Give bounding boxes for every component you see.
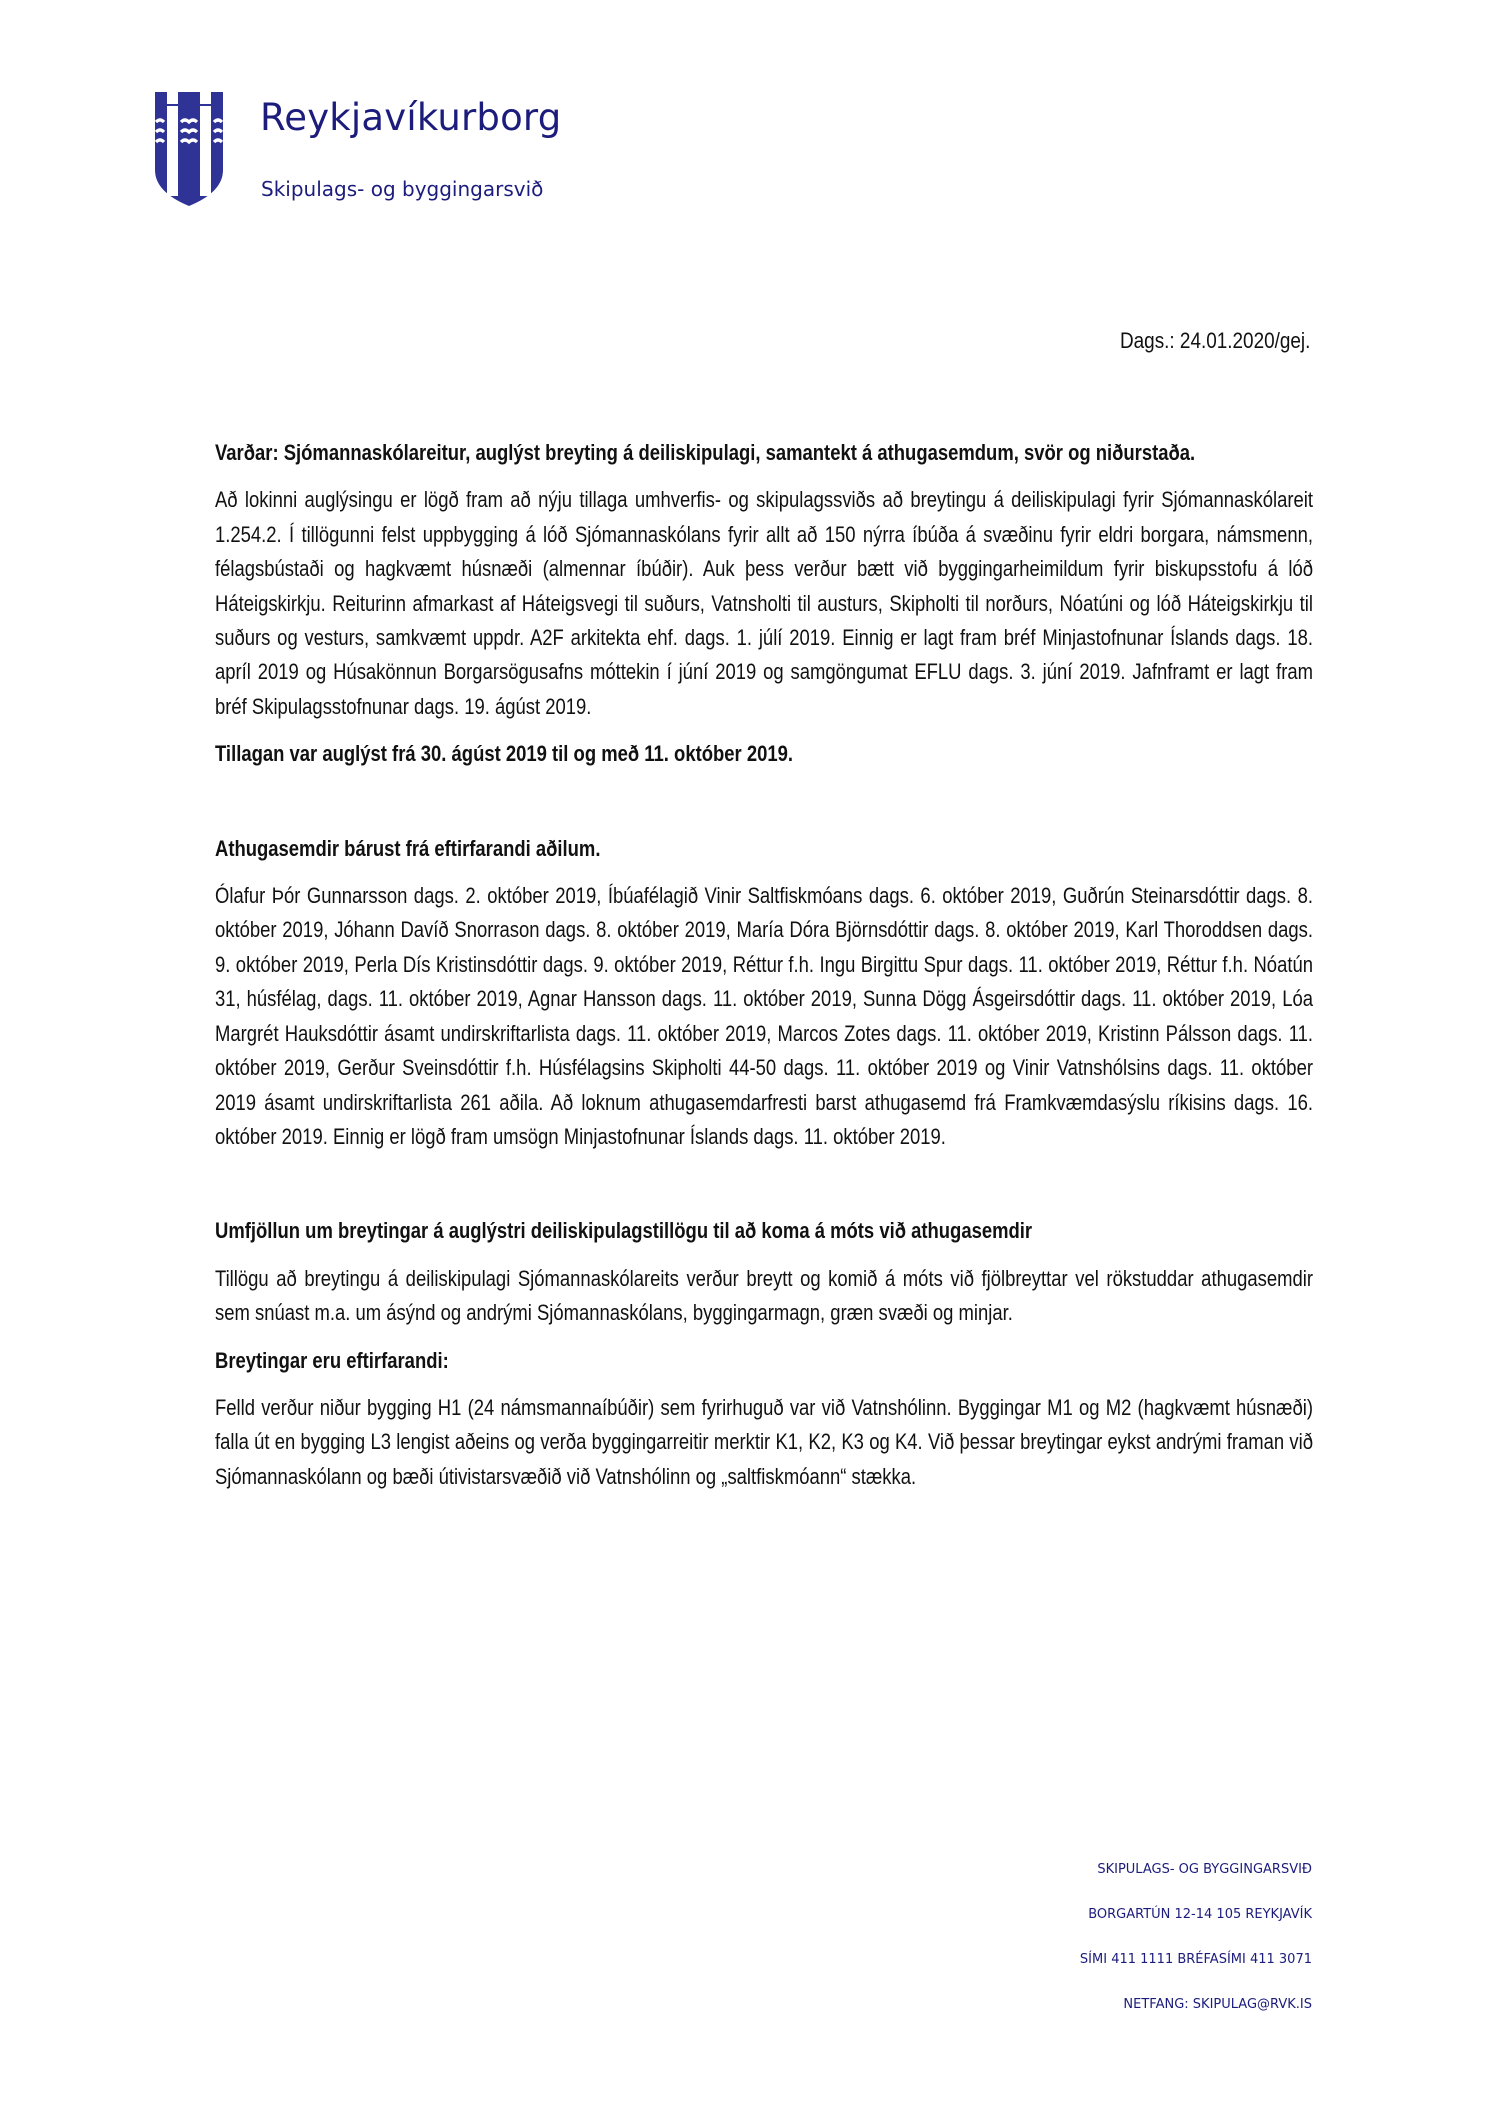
letterhead-footer: SKIPULAGS- OG BYGGINGARSVIÐ BORGARTÚN 12… bbox=[1080, 1862, 1312, 2042]
organization-name: Reykjavíkurborg bbox=[260, 96, 561, 139]
intro-paragraph: Að lokinni auglýsingu er lögð fram að ný… bbox=[215, 483, 1313, 724]
reykjavik-coat-of-arms-icon bbox=[155, 92, 223, 206]
footer-phone: SÍMI 411 1111 BRÉFASÍMI 411 3071 bbox=[1080, 1952, 1312, 1997]
department-name: Skipulags- og byggingarsvið bbox=[261, 177, 543, 201]
footer-address: BORGARTÚN 12-14 105 REYKJAVÍK bbox=[1080, 1907, 1312, 1952]
advertised-period: Tillagan var auglýst frá 30. ágúst 2019 … bbox=[215, 737, 1313, 771]
footer-department: SKIPULAGS- OG BYGGINGARSVIÐ bbox=[1080, 1862, 1312, 1907]
changes-heading: Breytingar eru eftirfarandi: bbox=[215, 1344, 1313, 1378]
subject-line: Varðar: Sjómannaskólareitur, auglýst bre… bbox=[215, 436, 1313, 470]
document-date: Dags.: 24.01.2020/gej. bbox=[1120, 328, 1310, 354]
comments-heading: Athugasemdir bárust frá eftirfarandi aði… bbox=[215, 832, 1313, 866]
footer-email: NETFANG: SKIPULAG@RVK.IS bbox=[1080, 1997, 1312, 2042]
comments-paragraph: Ólafur Þór Gunnarsson dags. 2. október 2… bbox=[215, 879, 1313, 1154]
discussion-paragraph: Tillögu að breytingu á deiliskipulagi Sj… bbox=[215, 1262, 1313, 1331]
discussion-heading: Umfjöllun um breytingar á auglýstri deil… bbox=[215, 1214, 1313, 1248]
letter-body: Varðar: Sjómannaskólareitur, auglýst bre… bbox=[215, 436, 1313, 1494]
changes-paragraph: Felld verður niður bygging H1 (24 námsma… bbox=[215, 1391, 1313, 1494]
